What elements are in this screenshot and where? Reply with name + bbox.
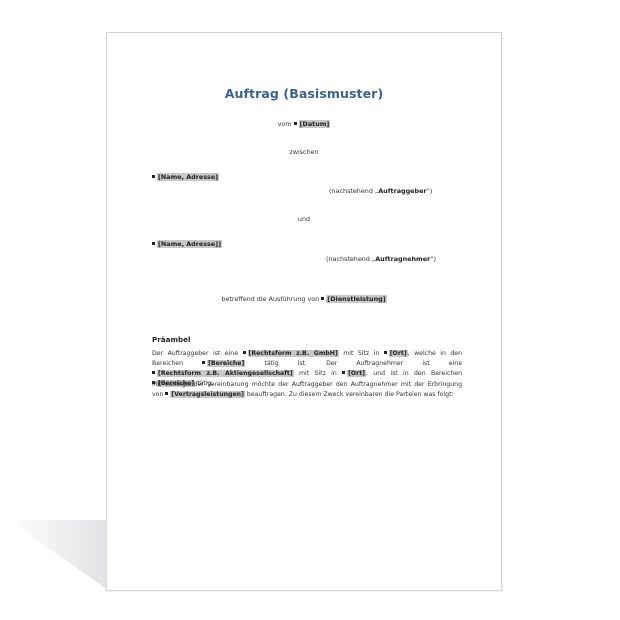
bullet-icon xyxy=(321,297,324,300)
party2-role-prefix: (nachstehend „ xyxy=(326,255,375,263)
party1-role-suffix: “) xyxy=(427,187,433,195)
party1-role: (nachstehend „Auftraggeber“) xyxy=(329,187,432,195)
preamble-paragraph-2: Mit vorliegender Vereinbarung möchte der… xyxy=(152,380,462,400)
date-prefix: vom xyxy=(278,120,292,128)
party2-role-suffix: “) xyxy=(430,255,436,263)
services-placeholder[interactable]: [Vertragsleistungen] xyxy=(170,391,245,398)
party1-role-name: Auftraggeber xyxy=(378,187,426,195)
legal-form-placeholder[interactable]: [Rechtsform z.B. GmbH] xyxy=(248,350,339,357)
subject-placeholder[interactable]: [Dienstleistung] xyxy=(326,295,386,303)
legal-form-placeholder[interactable]: [Rechtsform z.B. Aktiengesellschaft] xyxy=(157,370,294,377)
between-text: zwischen xyxy=(107,148,501,156)
p1-text: , und ist in den Bereichen xyxy=(366,370,462,377)
p1-text: tätig ist. Der Auftragnehmer ist eine xyxy=(264,360,462,367)
party1-line: [Name, Adresse] xyxy=(152,173,219,181)
party2-role-name: Auftragnehmer xyxy=(375,255,430,263)
preamble-heading: Präambel xyxy=(152,335,191,344)
p1-text: Der Auftraggeber ist eine xyxy=(152,350,238,357)
date-placeholder[interactable]: [Datum] xyxy=(299,120,331,128)
bullet-icon xyxy=(243,351,246,354)
document-page: Auftrag (Basismuster) vom [Datum] zwisch… xyxy=(106,32,502,591)
page-shadow xyxy=(8,520,108,590)
location-placeholder[interactable]: [Ort] xyxy=(347,370,366,377)
areas-placeholder[interactable]: [Bereiche] xyxy=(207,360,245,367)
party2-role: (nachstehend „Auftragnehmer“) xyxy=(326,255,436,263)
and-text: und xyxy=(107,215,501,223)
p2-text: beauftragen. Zu diesem Zweck vereinbaren… xyxy=(247,391,454,398)
document-title: Auftrag (Basismuster) xyxy=(107,86,501,101)
bullet-icon xyxy=(342,371,345,374)
p1-text: mit Sitz in xyxy=(343,350,379,357)
bullet-icon xyxy=(165,392,168,395)
date-line: vom [Datum] xyxy=(107,120,501,128)
subject-line: betreffend die Ausführung von [Dienstlei… xyxy=(107,295,501,303)
party1-role-prefix: (nachstehend „ xyxy=(329,187,378,195)
bullet-icon xyxy=(152,175,155,178)
bullet-icon xyxy=(294,122,297,125)
subject-prefix: betreffend die Ausführung von xyxy=(221,295,319,303)
bullet-icon xyxy=(152,242,155,245)
location-placeholder[interactable]: [Ort] xyxy=(389,350,408,357)
p1-text: mit Sitz in xyxy=(299,370,337,377)
bullet-icon xyxy=(384,351,387,354)
party2-line: [Name, Adresse]] xyxy=(152,240,222,248)
party1-placeholder[interactable]: [Name, Adresse] xyxy=(157,173,219,181)
party2-placeholder[interactable]: [Name, Adresse]] xyxy=(157,240,222,248)
bullet-icon xyxy=(152,371,155,374)
bullet-icon xyxy=(202,361,205,364)
